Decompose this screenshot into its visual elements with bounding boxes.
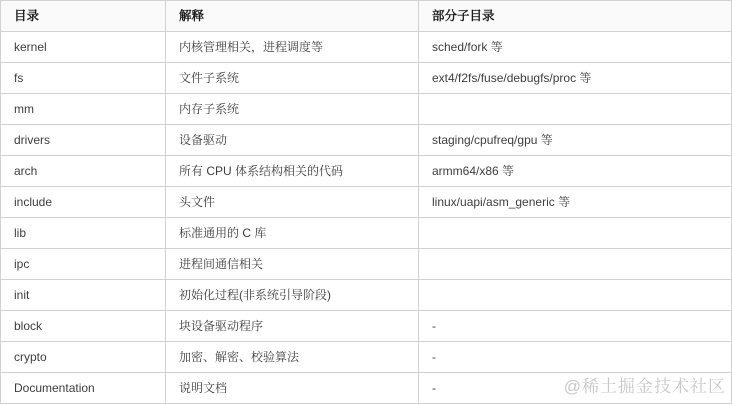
cell-explanation: 所有 CPU 体系结构相关的代码: [166, 156, 419, 187]
cell-explanation: 进程间通信相关: [166, 249, 419, 280]
cell-directory: drivers: [1, 125, 166, 156]
table-row: crypto加密、解密、校验算法-: [1, 342, 732, 373]
cell-directory: kernel: [1, 32, 166, 63]
cell-explanation: 加密、解密、校验算法: [166, 342, 419, 373]
cell-explanation: 块设备驱动程序: [166, 311, 419, 342]
cell-directory: include: [1, 187, 166, 218]
cell-subdirs: -: [419, 311, 732, 342]
table-body: kernel内核管理相关，进程调度等sched/fork 等fs文件子系统ext…: [1, 32, 732, 404]
cell-directory: arch: [1, 156, 166, 187]
table-row: Documentation说明文档-: [1, 373, 732, 404]
table-row: init初始化过程(非系统引导阶段): [1, 280, 732, 311]
table-row: arch所有 CPU 体系结构相关的代码armm64/x86 等: [1, 156, 732, 187]
cell-subdirs: staging/cpufreq/gpu 等: [419, 125, 732, 156]
linux-source-directory-table: 目录解释部分子目录 kernel内核管理相关，进程调度等sched/fork 等…: [0, 0, 732, 404]
header-cell-explanation: 解释: [166, 1, 419, 32]
cell-subdirs: -: [419, 342, 732, 373]
table-row: mm内存子系统: [1, 94, 732, 125]
cell-directory: init: [1, 280, 166, 311]
header-cell-directory: 目录: [1, 1, 166, 32]
cell-directory: mm: [1, 94, 166, 125]
header-cell-subdirs: 部分子目录: [419, 1, 732, 32]
cell-subdirs: [419, 94, 732, 125]
cell-subdirs: [419, 280, 732, 311]
cell-directory: crypto: [1, 342, 166, 373]
cell-directory: fs: [1, 63, 166, 94]
table-row: lib标准通用的 C 库: [1, 218, 732, 249]
article-table-page: 目录解释部分子目录 kernel内核管理相关，进程调度等sched/fork 等…: [0, 0, 732, 405]
cell-explanation: 内存子系统: [166, 94, 419, 125]
cell-explanation: 内核管理相关，进程调度等: [166, 32, 419, 63]
cell-directory: ipc: [1, 249, 166, 280]
table-row: include头文件linux/uapi/asm_generic 等: [1, 187, 732, 218]
cell-subdirs: armm64/x86 等: [419, 156, 732, 187]
table-row: ipc进程间通信相关: [1, 249, 732, 280]
cell-subdirs: [419, 249, 732, 280]
cell-explanation: 初始化过程(非系统引导阶段): [166, 280, 419, 311]
cell-explanation: 文件子系统: [166, 63, 419, 94]
table-head: 目录解释部分子目录: [1, 1, 732, 32]
cell-subdirs: [419, 218, 732, 249]
header-row: 目录解释部分子目录: [1, 1, 732, 32]
cell-subdirs: linux/uapi/asm_generic 等: [419, 187, 732, 218]
cell-directory: block: [1, 311, 166, 342]
table-row: fs文件子系统ext4/f2fs/fuse/debugfs/proc 等: [1, 63, 732, 94]
cell-subdirs: ext4/f2fs/fuse/debugfs/proc 等: [419, 63, 732, 94]
table-row: kernel内核管理相关，进程调度等sched/fork 等: [1, 32, 732, 63]
cell-directory: lib: [1, 218, 166, 249]
cell-subdirs: sched/fork 等: [419, 32, 732, 63]
table-row: block块设备驱动程序-: [1, 311, 732, 342]
cell-explanation: 设备驱动: [166, 125, 419, 156]
cell-subdirs: -: [419, 373, 732, 404]
cell-explanation: 标准通用的 C 库: [166, 218, 419, 249]
table-row: drivers设备驱动staging/cpufreq/gpu 等: [1, 125, 732, 156]
cell-explanation: 说明文档: [166, 373, 419, 404]
cell-explanation: 头文件: [166, 187, 419, 218]
cell-directory: Documentation: [1, 373, 166, 404]
